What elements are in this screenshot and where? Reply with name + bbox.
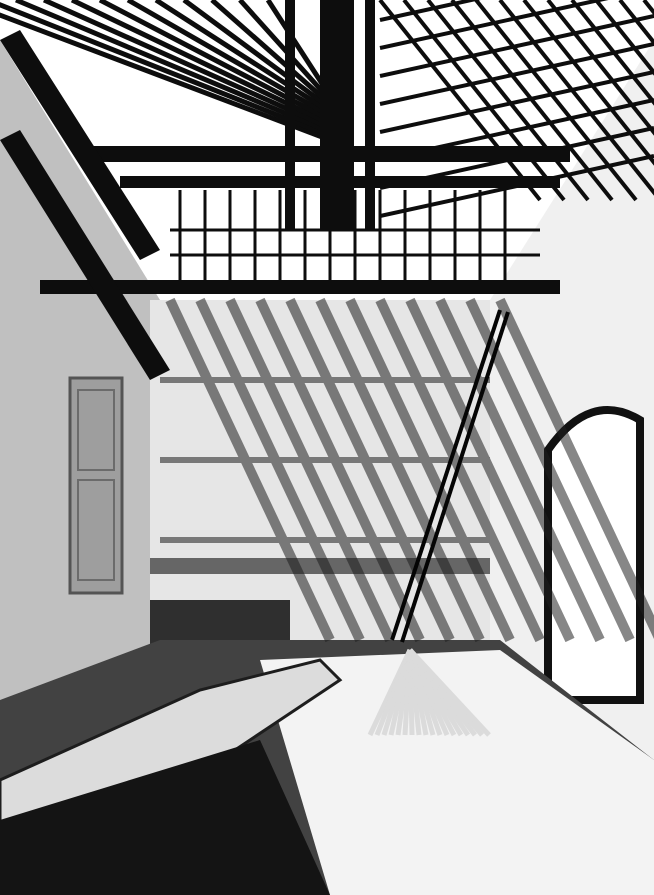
ruined-room-scene	[0, 0, 654, 895]
wall-dado	[150, 600, 290, 645]
photograph	[0, 0, 654, 895]
